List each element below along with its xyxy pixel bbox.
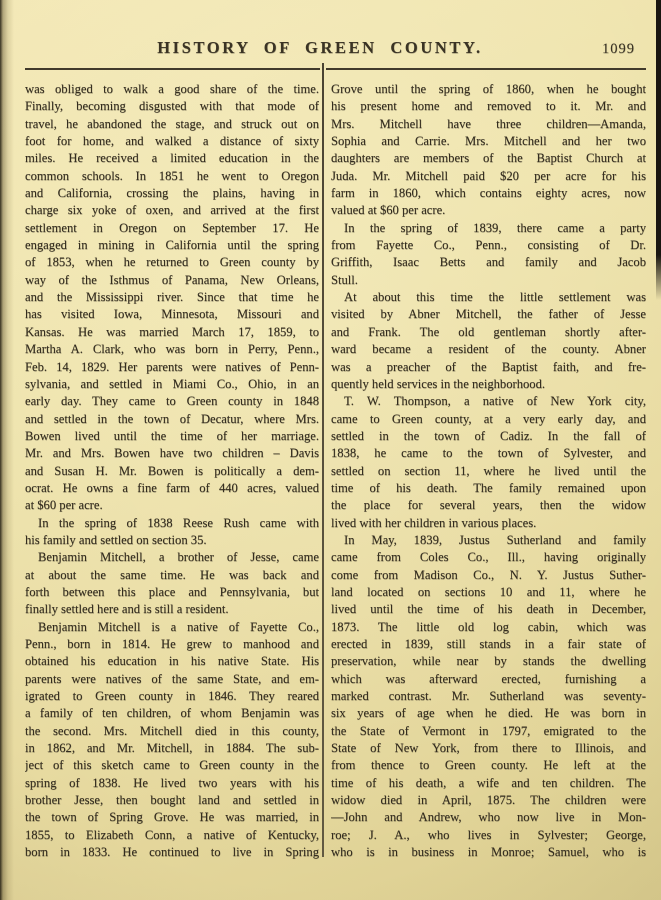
text-line: forth between this place and Pennsylvani… bbox=[25, 584, 319, 601]
paragraph: Benjamin Mitchell, a brother of Jesse, c… bbox=[25, 549, 319, 618]
text-line: at about the same time. He was back and bbox=[25, 567, 319, 584]
text-line: preservation, while near by stands the d… bbox=[331, 653, 646, 670]
text-line: igrated to Green county in 1846. They re… bbox=[25, 688, 319, 705]
text-line: Mrs. Mitchell have three children—Amanda… bbox=[331, 116, 646, 133]
text-line: from Fayette Co., Penn., consisting of D… bbox=[331, 237, 646, 254]
text-line: time of his death. The family remained u… bbox=[331, 480, 646, 497]
text-line: Griffith, Isaac Betts and family and Jac… bbox=[331, 254, 646, 271]
text-line: Stull. bbox=[331, 272, 646, 289]
text-line: the town of Spring Grove. He was married… bbox=[25, 809, 319, 826]
text-line: ward became a resident of the county. Ab… bbox=[331, 341, 646, 358]
text-line: in 1862, and Mr. Mitchell, in 1884. The … bbox=[25, 740, 319, 757]
paragraph: At about this time the little settlement… bbox=[331, 289, 646, 393]
text-line: Mr. and Mrs. Bowen have two children – D… bbox=[25, 445, 319, 462]
text-line: lived with her children in various place… bbox=[331, 515, 646, 532]
text-line: farm in 1860, which contains eighty acre… bbox=[331, 185, 646, 202]
text-line: settlement in Oregon on September 17. He bbox=[25, 220, 319, 237]
text-line: valued at $60 per acre. bbox=[331, 202, 646, 219]
text-line: and Susan H. Mr. Bowen is politically a … bbox=[25, 463, 319, 480]
binding-shadow bbox=[0, 0, 14, 900]
text-line: widow died in April, 1875. The children … bbox=[331, 792, 646, 809]
text-line: Martha A. Clark, who was born in Perry, … bbox=[25, 341, 319, 358]
text-line: Juda. Mr. Mitchell paid $20 per acre for… bbox=[331, 168, 646, 185]
book-page: HISTORY OF GREEN COUNTY. 1099 was oblige… bbox=[0, 0, 661, 900]
text-line: a family of ten children, of whom Benjam… bbox=[25, 705, 319, 722]
text-line: Finally, becoming disgusted with that mo… bbox=[25, 98, 319, 115]
text-line: ject of this sketch came to Green county… bbox=[25, 757, 319, 774]
text-line: 1838, he came to the town of Sylvester, … bbox=[331, 445, 646, 462]
text-line: the second. Mrs. Mitchell died in this c… bbox=[25, 723, 319, 740]
text-line: sylvania, and settled in Miami Co., Ohio… bbox=[25, 376, 319, 393]
text-line: which was afterward erected, furnishing … bbox=[331, 671, 646, 688]
paragraph: In the spring of 1839, there came a part… bbox=[331, 220, 646, 289]
text-line: 1855, to Elizabeth Conn, a native of Ken… bbox=[25, 827, 319, 844]
column-divider bbox=[322, 63, 324, 857]
page-edge-shadow bbox=[656, 0, 661, 300]
text-line: early day. They came to Green county in … bbox=[25, 393, 319, 410]
text-line: and California, crossing the plains, hav… bbox=[25, 185, 319, 202]
text-line: the State of Vermont in 1797, emigrated … bbox=[331, 723, 646, 740]
text-line: daughters are members of the Baptist Chu… bbox=[331, 150, 646, 167]
text-line: roe; J. A., who lives in Sylvester; Geor… bbox=[331, 827, 646, 844]
text-line: settled on section 11, where he lived un… bbox=[331, 463, 646, 480]
paragraph: In the spring of 1838 Reese Rush came wi… bbox=[25, 515, 319, 550]
text-line: of 1853, when he returned to Green count… bbox=[25, 254, 319, 271]
text-line: and Frank. The old gentleman shortly aft… bbox=[331, 324, 646, 341]
text-line: miles. He received a limited education i… bbox=[25, 150, 319, 167]
paragraph: Grove until the spring of 1860, when he … bbox=[331, 81, 646, 220]
text-line: engaged in mining in California until th… bbox=[25, 237, 319, 254]
text-line: way of the Isthmus of Panama, New Orlean… bbox=[25, 272, 319, 289]
text-line: foot for home, and walked a distance of … bbox=[25, 133, 319, 150]
text-line: In the spring of 1839, there came a part… bbox=[331, 220, 646, 237]
text-line: visited by Abner Mitchell, the father of… bbox=[331, 306, 646, 323]
text-line: Bowen lived until the time of her marria… bbox=[25, 428, 319, 445]
text-line: Kansas. He was married March 17, 1859, t… bbox=[25, 324, 319, 341]
text-line: Penn., born in 1814. He grew to manhood … bbox=[25, 636, 319, 653]
text-line: his family and settled on section 35. bbox=[25, 532, 319, 549]
paragraph: Benjamin Mitchell is a native of Fayette… bbox=[25, 619, 319, 862]
text-line: —John and Andrew, who now live in Mon- bbox=[331, 809, 646, 826]
text-line: was obliged to walk a good share of the … bbox=[25, 81, 319, 98]
page-number: 1099 bbox=[602, 41, 646, 58]
text-line: common schools. In 1851 he went to Orego… bbox=[25, 168, 319, 185]
text-line: ocrat. He owns a fine farm of 440 acres,… bbox=[25, 480, 319, 497]
text-line: and settled in the town of Decatur, wher… bbox=[25, 411, 319, 428]
text-line: Grove until the spring of 1860, when he … bbox=[331, 81, 646, 98]
text-line: lived until the time of his death in Dec… bbox=[331, 601, 646, 618]
text-line: erected in 1839, still stands in a fair … bbox=[331, 636, 646, 653]
text-line: marked contrast. Mr. Sutherland was seve… bbox=[331, 688, 646, 705]
text-line: came from Coles Co., Ill., having origin… bbox=[331, 549, 646, 566]
text-line: settled in the town of Cadiz. In the fal… bbox=[331, 428, 646, 445]
text-line: T. W. Thompson, a native of New York cit… bbox=[331, 393, 646, 410]
text-line: spring of 1838. He lived two years with … bbox=[25, 775, 319, 792]
paragraph: T. W. Thompson, a native of New York cit… bbox=[331, 393, 646, 532]
text-line: born in 1833. He continued to live in Sp… bbox=[25, 844, 319, 861]
text-line: At about this time the little settlement… bbox=[331, 289, 646, 306]
text-line: his present home and removed to it. Mr. … bbox=[331, 98, 646, 115]
text-line: Feb. 14, 1829. Her parents were natives … bbox=[25, 359, 319, 376]
text-line: from thence to Green county. He left at … bbox=[331, 757, 646, 774]
text-line: come from Madison Co., N. Y. Justus Suth… bbox=[331, 567, 646, 584]
paragraph: was obliged to walk a good share of the … bbox=[25, 81, 319, 515]
text-line: time of his death, a wife and ten childr… bbox=[331, 775, 646, 792]
header-rule-left bbox=[25, 68, 320, 70]
text-line: six years of age when he died. He was bo… bbox=[331, 705, 646, 722]
text-line: at $60 per acre. bbox=[25, 497, 319, 514]
text-line: the place for several years, then the wi… bbox=[331, 497, 646, 514]
text-line: In the spring of 1838 Reese Rush came wi… bbox=[25, 515, 319, 532]
text-line: In May, 1839, Justus Sutherland and fami… bbox=[331, 532, 646, 549]
text-line: travel, he abandoned the stage, and stru… bbox=[25, 116, 319, 133]
text-line: brother Jesse, then bought land and sett… bbox=[25, 792, 319, 809]
text-line: finally settled here and is still a resi… bbox=[25, 601, 319, 618]
text-line: and the Mississippi river. Since that ti… bbox=[25, 289, 319, 306]
text-line: has visited Iowa, Minnesota, Missouri an… bbox=[25, 306, 319, 323]
text-column-right: Grove until the spring of 1860, when he … bbox=[331, 81, 646, 861]
paragraph: In May, 1839, Justus Sutherland and fami… bbox=[331, 532, 646, 862]
text-line: obtained his education in his native Sta… bbox=[25, 653, 319, 670]
text-line: came to Green county, at a very early da… bbox=[331, 411, 646, 428]
text-line: was a preacher of the Baptist faith, and… bbox=[331, 359, 646, 376]
header-rule-right bbox=[326, 68, 646, 70]
text-line: Benjamin Mitchell, a brother of Jesse, c… bbox=[25, 549, 319, 566]
text-line: quently held services in the neighborhoo… bbox=[331, 376, 646, 393]
text-line: charge six yoke of oxen, and arrived at … bbox=[25, 202, 319, 219]
text-line: Benjamin Mitchell is a native of Fayette… bbox=[25, 619, 319, 636]
text-line: parents were natives of the same State, … bbox=[25, 671, 319, 688]
text-line: 1873. The little old log cabin, which wa… bbox=[331, 619, 646, 636]
text-line: State of New York, from there to Illinoi… bbox=[331, 740, 646, 757]
text-line: who is in business in Monroe; Samuel, wh… bbox=[331, 844, 646, 861]
text-column-left: was obliged to walk a good share of the … bbox=[25, 81, 319, 861]
page-title: HISTORY OF GREEN COUNTY. bbox=[0, 38, 640, 58]
text-line: land located on sections 10 and 11, wher… bbox=[331, 584, 646, 601]
text-line: Sophia and Carrie. Mrs. Mitchell and her… bbox=[331, 133, 646, 150]
